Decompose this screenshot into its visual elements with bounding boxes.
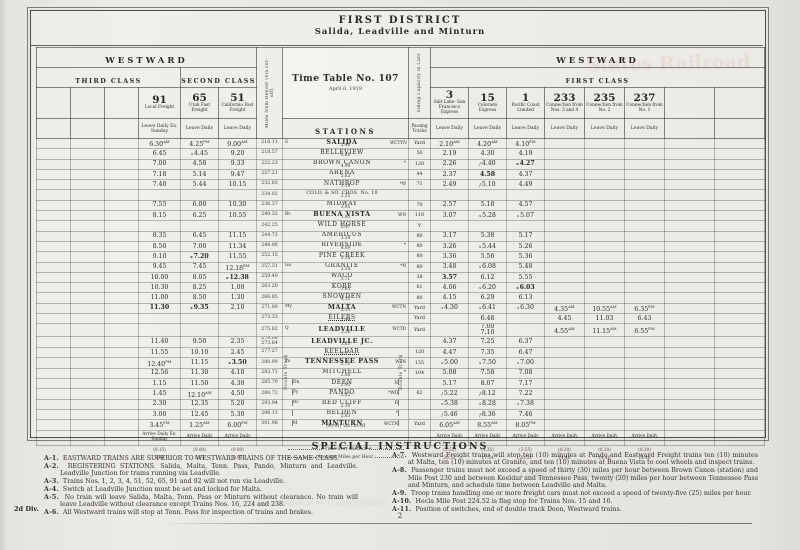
milepost-cell: 288.72 (257, 389, 283, 399)
train-233-header: 233Connection from Nos. 3 and 4 (545, 88, 585, 119)
station-cell: MIDWAY3.95 (283, 200, 409, 210)
station-row-salida: 6.30AM4.25PM9.00AM216.11SSALIDAWCTYN2.46… (37, 139, 765, 149)
passing-tracks-header: Passing Tracks (409, 119, 431, 139)
time-cell (431, 324, 469, 337)
station-row-riverside: 8.507.0011.34248.06RIVERSIDE*4.09803.26s… (37, 241, 765, 251)
time-cell: f8.36 (469, 409, 507, 419)
time-cell: 9.45 (139, 262, 181, 272)
time-cell: s5.44 (469, 241, 507, 251)
time-cell: 11.55 (219, 252, 257, 262)
time-cell: f8.12 (469, 389, 507, 399)
time-cell: 7.25 (469, 337, 507, 348)
time-cell: 6.43 (625, 314, 665, 324)
time-cell: 8.05 (181, 272, 219, 282)
milepost-cell: 283.71 (257, 368, 283, 378)
timetable-number-box: Time Table No. 107 April 6, 1919 (283, 48, 409, 119)
empty-cell (71, 119, 105, 139)
station-row-arena: 7.185.149.47227.21ARENA5.62442.374.584.3… (37, 169, 765, 179)
siding-capacity-cell: Yard (409, 139, 431, 149)
milepost-cell: 293.94 (257, 399, 283, 409)
bottom-divider (160, 523, 752, 524)
time-cell: 6.05AM (431, 420, 469, 430)
siding-capacity-cell: 71 (409, 180, 431, 190)
station-row-snowden: 11.008.501.30266.85SNOWDEN4.15804.156.29… (37, 293, 765, 303)
time-cell: f4.40 (469, 159, 507, 169)
time-cell (625, 389, 665, 399)
time-cell (545, 348, 585, 358)
time-cell: 4.10 (219, 368, 257, 378)
time-cell (545, 200, 585, 210)
telegraph-call: Py (293, 390, 302, 395)
time-cell (507, 221, 545, 231)
time-cell (585, 211, 625, 221)
time-cell: 9.00AM (219, 139, 257, 149)
time-cell: 8.07 (469, 379, 507, 389)
station-cell: WACO3.71 (283, 272, 409, 282)
time-cell: s7.00 (507, 358, 545, 368)
station-facilities-code: D (382, 400, 398, 405)
distance-to-next: 2.35 (283, 195, 408, 199)
train-237-leave-label: Leave Daily (625, 119, 665, 139)
time-cell (585, 399, 625, 409)
telegraph-call: Ga (285, 263, 294, 268)
milepost-cell: 259.49 (257, 272, 283, 282)
siding-capacity-cell: 80 (409, 293, 431, 303)
time-cell: 4.20AM (469, 139, 507, 149)
empty-cell (37, 119, 71, 139)
instruction-item: A-2. REGISTERING STATIONS. Salida, Malta… (44, 463, 358, 478)
time-cell: 4.15 (431, 293, 469, 303)
westward-left-header: WESTWARD (37, 48, 257, 68)
siding-capacity-cell: 50 (409, 149, 431, 159)
time-cell: 4.58 (181, 159, 219, 169)
special-instructions-left-column: A-1. EASTWARD TRAINS ARE SUPERIOR TO WES… (44, 455, 358, 517)
time-cell (545, 159, 585, 169)
stations-header: STATIONS (283, 119, 409, 139)
time-cell: 12.18PM (219, 262, 257, 272)
special-instructions: SPECIAL INSTRUCTIONS A-1. EASTWARD TRAIN… (0, 441, 800, 452)
time-cell: 5.14 (181, 169, 219, 179)
station-row-eilers: 273.33EILERS2.49Yard6.484.4511.036.43 (37, 314, 765, 324)
station-row-belden: 3.0012.455.30296.13BELDEN*5.83f5.46f8.36… (37, 409, 765, 419)
station-cell: RcRED CLIFFD2.19 (283, 399, 409, 409)
instruction-item: A-10. Hecla Mile Post 224.52 is flag sto… (392, 498, 758, 505)
station-row-colo-so-cros-no-10: 234.02COLO. & SO. CROS. No. 102.35 (37, 190, 765, 200)
time-cell: 7.00 (181, 241, 219, 251)
time-cell (545, 409, 585, 419)
station-facilities-code: * (382, 410, 398, 415)
time-cell: s5.07 (507, 211, 545, 221)
empty-train-column (715, 88, 765, 119)
siding-capacity-cell: 80 (409, 252, 431, 262)
time-cell: 8.15 (139, 211, 181, 221)
station-facilities-code: WCTN (390, 304, 406, 309)
siding-capacity-cell (409, 337, 431, 348)
time-cell: 3.07 (431, 211, 469, 221)
second-class-header: SECOND CLASS (181, 68, 257, 88)
time-cell: 8.55AM (469, 420, 507, 430)
time-cell: 4.58 (469, 169, 507, 179)
time-cell: 12.35 (181, 399, 219, 409)
time-cell: s7.38 (507, 399, 545, 409)
time-cell (625, 231, 665, 241)
instruction-item: A-8. Passenger trains must not exceed a … (392, 467, 758, 489)
time-cell: 8.05PM (507, 420, 545, 430)
time-cell: 7.40 (139, 180, 181, 190)
time-cell: 3.57 (431, 272, 469, 282)
time-cell: 9.20 (219, 149, 257, 159)
time-cell (585, 272, 625, 282)
time-cell: 1.45 (139, 389, 181, 399)
empty-cell (665, 119, 715, 139)
station-facilities-code: *WD (382, 390, 398, 395)
time-cell (545, 139, 585, 149)
time-cell: 2.10 (219, 303, 257, 313)
time-cell: 10.30 (139, 283, 181, 293)
time-cell: 8.50 (181, 293, 219, 303)
time-cell: s5.00 (431, 358, 469, 368)
train-1-header: 1Pacific Coast Limited (507, 88, 545, 119)
time-cell (545, 262, 585, 272)
time-cell: 7.08 (507, 368, 545, 378)
district-title: FIRST DISTRICT (0, 15, 800, 26)
time-cell (625, 368, 665, 378)
time-cell: 12.45 (181, 409, 219, 419)
time-cell (181, 314, 219, 324)
train-15-leave-label: Leave Daily (469, 119, 507, 139)
time-cell (139, 324, 181, 337)
siding-capacity-cell: 81 (409, 283, 431, 293)
time-cell: 6.37 (507, 337, 545, 348)
station-row-malta: 11.30s9.352.10271.00MyMALTAWCTN2.33Yards… (37, 303, 765, 313)
time-cell: 3.00 (139, 409, 181, 419)
time-cell (585, 348, 625, 358)
siding-capacity-cell: 110 (409, 211, 431, 221)
time-cell (585, 149, 625, 159)
siding-capacity-cell: 80 (409, 231, 431, 241)
time-cell (585, 180, 625, 190)
train-91-header: 91Local Freight (139, 88, 181, 119)
time-cell: 7.18 (139, 169, 181, 179)
time-cell (545, 389, 585, 399)
time-cell (585, 231, 625, 241)
time-cell: 6.00PM (219, 420, 257, 430)
time-cell: 4.30 (219, 379, 257, 389)
time-cell: 6.47 (507, 348, 545, 358)
time-cell: s6.08 (469, 262, 507, 272)
time-cell: 4.50 (219, 389, 257, 399)
time-cell: 2.57 (431, 200, 469, 210)
time-cell: 5.17 (507, 231, 545, 241)
time-cell (585, 337, 625, 348)
time-cell (625, 180, 665, 190)
milepost-cell: 266.85 (257, 293, 283, 303)
instruction-item: A-1. EASTWARD TRAINS ARE SUPERIOR TO WES… (44, 455, 358, 462)
time-cell (139, 190, 181, 200)
siding-capacity-column-header: Siding Capacity in Cars (409, 48, 431, 119)
time-cell: 4.55AM (545, 324, 585, 337)
siding-capacity-cell: 44 (409, 169, 431, 179)
time-cell (585, 293, 625, 303)
page-title: FIRST DISTRICT Salida, Leadville and Min… (0, 15, 800, 37)
time-cell: 6.13 (507, 293, 545, 303)
milepost-cell: 252.15 (257, 252, 283, 262)
milepost-cell: 301.96 (257, 420, 283, 430)
siding-capacity-cell: 120 (409, 348, 431, 358)
time-cell (585, 389, 625, 399)
milepost-cell: 227.21 (257, 169, 283, 179)
siding-capacity-cell: 155 (409, 358, 431, 368)
time-cell: 5.55 (507, 272, 545, 282)
station-cell: PaTENNESSEE PASSWTN2.72 (283, 358, 409, 368)
time-cell (181, 221, 219, 231)
station-cell: LEADVILLE JC.3.63 (283, 337, 409, 348)
time-cell: 4.45 (545, 314, 585, 324)
time-cell (469, 190, 507, 200)
time-cell (219, 190, 257, 200)
time-cell (585, 221, 625, 231)
station-cell: QLEADVILLEWCTD3.26 (283, 324, 409, 337)
time-cell (625, 139, 665, 149)
time-cell (625, 200, 665, 210)
title-divider (31, 45, 763, 46)
time-cell (625, 221, 665, 231)
time-cell (545, 211, 585, 221)
station-facilities-code: *N (390, 263, 406, 268)
station-row-leadville: 275.82QLEADVILLEWCTD3.26Yard7.007.104.55… (37, 324, 765, 337)
telegraph-call: Q (285, 326, 294, 331)
station-row-granite: 9.457.4512.18PM257.31GaGRANITE*N2.18803.… (37, 262, 765, 272)
time-cell (585, 241, 625, 251)
time-cell (431, 314, 469, 324)
time-cell: 10.55AM (585, 303, 625, 313)
time-cell: s3.50 (219, 358, 257, 368)
time-cell: 7.58 (469, 368, 507, 378)
instruction-item: A-3. Trains Nos. 1, 2, 3, 4, 51, 52, 65,… (44, 478, 358, 485)
time-cell (181, 324, 219, 337)
telegraph-call: Bv (285, 212, 294, 217)
time-cell (625, 379, 665, 389)
station-cell: DnDEENN2.93 (283, 379, 409, 389)
time-cell (545, 272, 585, 282)
time-cell (139, 221, 181, 231)
time-cell: 1.30 (219, 293, 257, 303)
milepost-cell: 216.11 (257, 139, 283, 149)
station-cell: PyPANDO*WD5.22 (283, 389, 409, 399)
time-cell (545, 190, 585, 200)
time-cell: s7.50 (469, 358, 507, 368)
special-instructions-right-column: A-7. Westward Freight trains will stop t… (392, 452, 758, 514)
siding-capacity-cell (409, 399, 431, 409)
time-cell (585, 409, 625, 419)
milepost-cell: 275.82 (257, 324, 283, 337)
time-cell: 4.35AM (545, 303, 585, 313)
milepost-cell: 232.83 (257, 180, 283, 190)
scanned-timetable-page: { "page": { "district_title": "FIRST DIS… (0, 0, 800, 550)
instruction-item: A-9. Troop trains handling one or more f… (392, 490, 758, 497)
time-cell (625, 211, 665, 221)
time-cell: 4.06 (431, 283, 469, 293)
station-facilities-code: WCTD (390, 326, 406, 331)
time-cell (585, 159, 625, 169)
time-cell: 1.00 (219, 283, 257, 293)
time-cell: f5.10 (469, 180, 507, 190)
milepost-cell: 271.00 (257, 303, 283, 313)
time-cell (181, 190, 219, 200)
milepost-cell: 263.20 (257, 283, 283, 293)
time-cell: 9.10 (139, 252, 181, 262)
station-cell: PINE CREEK5.16 (283, 252, 409, 262)
time-cell: 6.29 (469, 293, 507, 303)
time-cell (507, 190, 545, 200)
siding-capacity-cell (409, 409, 431, 419)
siding-capacity-cell: Yard (409, 420, 431, 430)
station-facilities-code: WN (390, 212, 406, 217)
time-cell: 11.00 (139, 293, 181, 303)
telegraph-call: S (285, 140, 294, 145)
time-cell: 7.17 (507, 379, 545, 389)
station-cell: MITCHELL*2.08 (283, 368, 409, 378)
station-row-americus: 8.356.4511.15244.72AMERICUS3.34803.175.3… (37, 231, 765, 241)
time-cell (625, 348, 665, 358)
time-cell: 5.56 (469, 252, 507, 262)
siding-capacity-cell: Yard (409, 314, 431, 324)
time-cell (625, 169, 665, 179)
time-cell: 2.19 (431, 149, 469, 159)
empty-train-column (71, 88, 105, 119)
westward-right-header: WESTWARD (431, 48, 765, 68)
time-cell: 2.45 (219, 348, 257, 358)
train-15-header: 15Colorado Express (469, 88, 507, 119)
time-cell: 10.10 (181, 348, 219, 358)
time-cell (625, 262, 665, 272)
milepost-cell: 280.99 (257, 358, 283, 368)
time-cell (545, 399, 585, 409)
train-233-leave-label: Leave Daily (545, 119, 585, 139)
train-237-header: 237Connection from No. 1 (625, 88, 665, 119)
time-cell: 5.20 (219, 399, 257, 409)
time-cell: 10.30 (219, 200, 257, 210)
empty-cell (105, 119, 139, 139)
time-cell: 5.08 (431, 368, 469, 378)
station-facilities-code: WCTYN (390, 140, 406, 145)
station-cell: KOBE3.65 (283, 283, 409, 293)
station-cell: KEELDAR3.72 (283, 348, 409, 358)
time-cell: 11.55 (139, 348, 181, 358)
station-facilities-code: WCTN (382, 421, 398, 426)
station-facilities-code: * (390, 242, 406, 247)
telegraph-call: My (285, 304, 294, 309)
time-cell: s8.28 (469, 399, 507, 409)
time-cell: 8.35 (139, 231, 181, 241)
time-cell: 3.26 (431, 241, 469, 251)
station-row-wild-horse: 242.25WILD HORSE2.47Y (37, 221, 765, 231)
time-cell: 4.30 (469, 149, 507, 159)
time-cell: s9.35 (181, 303, 219, 313)
time-cell: 12.10AM (181, 389, 219, 399)
empty-train-column (105, 88, 139, 119)
time-cell (625, 149, 665, 159)
time-cell: 3.48 (431, 262, 469, 272)
double-track-label-right: Double Track (398, 342, 406, 402)
time-cell (507, 314, 545, 324)
time-cell (545, 221, 585, 231)
train-1-leave-label: Leave Daily (507, 119, 545, 139)
station-cell: WILD HORSE2.47 (283, 221, 409, 231)
siding-capacity-cell: 70 (409, 200, 431, 210)
time-cell: s4.30 (431, 303, 469, 313)
milepost-cell: 257.31 (257, 262, 283, 272)
milepost-cell: 218.57 (257, 149, 283, 159)
time-cell: 7.45 (181, 262, 219, 272)
time-cell (585, 420, 625, 430)
time-cell (585, 200, 625, 210)
time-cell: 7.22 (507, 389, 545, 399)
station-cell: SSALIDAWCTYN2.46 (283, 139, 409, 149)
time-cell (545, 241, 585, 251)
time-cell (219, 221, 257, 231)
time-cell: 6.00 (181, 200, 219, 210)
time-cell: 5.48 (507, 262, 545, 272)
siding-capacity-cell: 120 (409, 159, 431, 169)
time-cell: 11.15AM (585, 324, 625, 337)
station-row-brown-canon: 7.004.589.33222.23BROWN CANON*4.981202.2… (37, 159, 765, 169)
time-cell (585, 190, 625, 200)
time-cell (545, 231, 585, 241)
siding-capacity-cell: 104 (409, 368, 431, 378)
time-cell: 4.25PM (181, 139, 219, 149)
time-cell: s6.20 (469, 283, 507, 293)
time-cell: s6.41 (469, 303, 507, 313)
station-cell: EILERS2.49 (283, 314, 409, 324)
station-row-pine-creek: 9.10s7.2011.55252.15PINE CREEK5.16803.36… (37, 252, 765, 262)
siding-capacity-cell: Y (409, 221, 431, 231)
time-cell: 11.30 (139, 303, 181, 313)
time-cell: 9.47 (219, 169, 257, 179)
station-facilities-code: * (390, 160, 406, 165)
time-cell: 1.15 (139, 379, 181, 389)
station-row-nathrop: 7.405.4410.15232.83NATHROP*W1.19712.49f5… (37, 180, 765, 190)
time-cell: s5.28 (469, 211, 507, 221)
station-cell: NATHROP*W1.19 (283, 180, 409, 190)
time-cell (507, 324, 545, 337)
time-cell: 6.48 (469, 314, 507, 324)
time-cell: s6.30 (507, 303, 545, 313)
train-51-header: 51California Fast Freight (219, 88, 257, 119)
time-cell: 7.55 (139, 200, 181, 210)
telegraph-call: M (293, 421, 302, 426)
time-cell: 2.35 (219, 337, 257, 348)
milepost-cell: 277.27 (257, 348, 283, 358)
time-cell: 7.00 (139, 159, 181, 169)
station-cell: MMINTURNWCTN(80.41) Via cut-off (283, 420, 409, 430)
telegraph-call: Rc (293, 400, 302, 405)
time-cell (625, 190, 665, 200)
siding-capacity-cell: 80 (409, 262, 431, 272)
instruction-item: A-5. No train will leave Salida, Malta, … (44, 494, 358, 509)
time-cell: 5.36 (507, 252, 545, 262)
time-cell (585, 358, 625, 368)
station-cell: AMERICUS3.34 (283, 231, 409, 241)
time-cell (625, 409, 665, 419)
time-cell: 10.55 (219, 211, 257, 221)
station-row-kobe: 10.308.251.00263.20KOBE3.65814.06s6.20s6… (37, 283, 765, 293)
time-cell: f5.22 (431, 389, 469, 399)
time-cell: 4.10PM (507, 139, 545, 149)
time-cell: 6.25 (181, 211, 219, 221)
milepost-cell: 296.13 (257, 409, 283, 419)
time-cell: 11.15 (219, 231, 257, 241)
